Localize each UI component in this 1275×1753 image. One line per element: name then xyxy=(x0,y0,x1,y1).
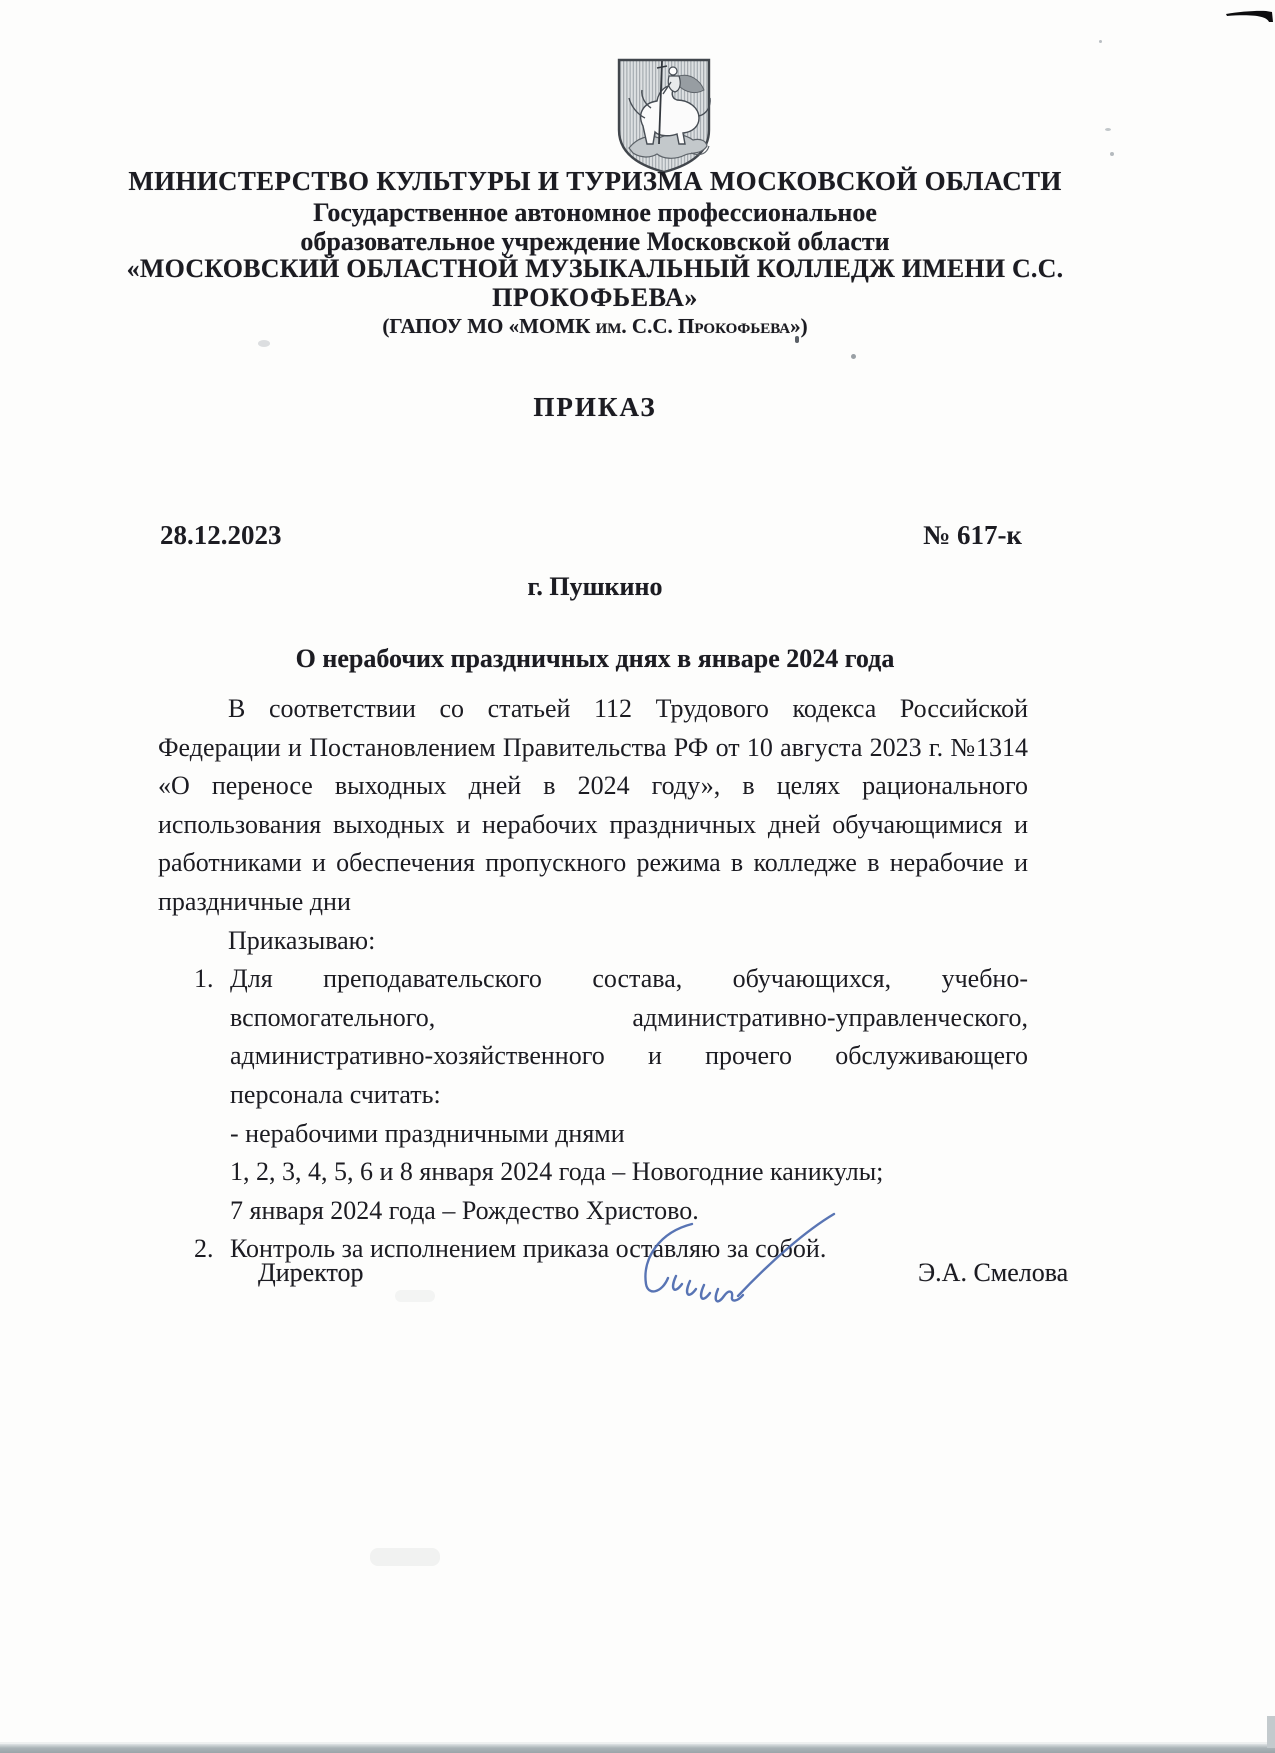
college-name-line-1: «МОСКОВСКИЙ ОБЛАСТНОЙ МУЗЫКАЛЬНЫЙ КОЛЛЕД… xyxy=(0,254,1190,284)
ministry-name: МИНИСТЕРСТВО КУЛЬТУРЫ И ТУРИЗМА МОСКОВСК… xyxy=(0,166,1190,197)
order-number: № 617-к xyxy=(923,520,1022,551)
order-subject: О нерабочих праздничных днях в январе 20… xyxy=(0,644,1190,674)
list-item: 1. Для преподавательского состава, обуча… xyxy=(158,960,1028,1230)
item-number: 2. xyxy=(194,1230,230,1269)
college-abbreviation: (ГАПОУ МО «МОМК им. С.С. Прокофьева») xyxy=(0,314,1190,339)
scan-smudge xyxy=(370,1548,440,1566)
item-subline: - нерабочими праздничными днями xyxy=(230,1115,1028,1154)
order-date: 28.12.2023 xyxy=(160,520,282,551)
scan-smudge xyxy=(395,1290,435,1302)
scan-speck xyxy=(1110,152,1114,156)
order-items-list: 1. Для преподавательского состава, обуча… xyxy=(158,960,1028,1269)
page-bottom-edge-shadow xyxy=(0,1744,1275,1753)
organization-line-1: Государственное автономное профессиональ… xyxy=(0,198,1190,228)
date-number-row: 28.12.2023 № 617-к xyxy=(160,520,1022,551)
order-body: В соответствии со статьей 112 Трудового … xyxy=(158,690,1028,1269)
page-right-edge-shadow xyxy=(1267,1716,1275,1748)
scan-speck xyxy=(258,340,270,347)
scan-speck xyxy=(1105,128,1111,131)
handwritten-signature xyxy=(612,1210,862,1310)
college-name-line-2: ПРОКОФЬЕВА» xyxy=(0,283,1190,313)
scan-speck xyxy=(795,336,799,343)
signer-name: Э.А. Смелова xyxy=(918,1258,1068,1288)
item-text: Для преподавательского состава, обучающи… xyxy=(230,960,1028,1114)
item-number: 1. xyxy=(194,960,230,1230)
organization-line-2: образовательное учреждение Московской об… xyxy=(0,227,1190,257)
signer-title: Директор xyxy=(258,1258,364,1288)
scanner-corner-mark xyxy=(1226,7,1275,24)
scan-speck xyxy=(851,354,856,359)
item-subline: 1, 2, 3, 4, 5, 6 и 8 января 2024 года – … xyxy=(230,1153,1028,1192)
document-type-title: ПРИКАЗ xyxy=(0,392,1190,423)
scanned-order-document: МИНИСТЕРСТВО КУЛЬТУРЫ И ТУРИЗМА МОСКОВСК… xyxy=(0,0,1275,1753)
resolution-word: Приказываю: xyxy=(158,922,1028,961)
coat-of-arms-moscow-oblast xyxy=(613,56,715,176)
scan-speck xyxy=(1099,40,1102,43)
city-line: г. Пушкино xyxy=(0,572,1190,602)
preamble-paragraph: В соответствии со статьей 112 Трудового … xyxy=(158,690,1028,922)
